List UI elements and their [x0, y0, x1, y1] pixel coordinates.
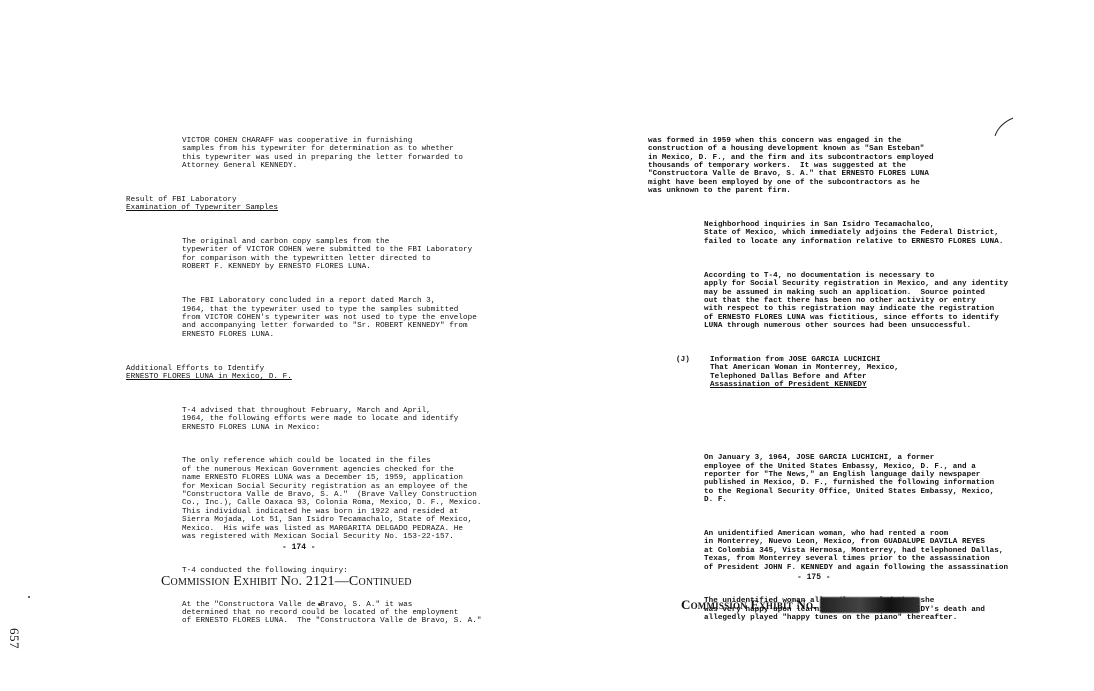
paragraph-unidentified-woman: An unidentified American woman, who had … [648, 530, 1048, 572]
volume-page-number: 657 [6, 628, 22, 649]
smudged-caption-text: 2121—Continued [820, 597, 920, 613]
section-j-heading: (J)Information from JOSE GARCIA LUCHICHI… [648, 356, 1048, 390]
exhibit-caption: Commission Exhibit No. 2121—Continued [161, 574, 412, 590]
paragraph-lab-conclusion: The FBI Laboratory concluded in a report… [126, 297, 506, 339]
section-title: Information from JOSE GARCIA LUCHICHI Th… [710, 356, 899, 390]
heading-fbi-lab-result: Result of FBI Laboratory Examination of … [126, 196, 506, 213]
paragraph-luchichi-report: On January 3, 1964, JOSE GARCIA LUCHICHI… [648, 454, 1048, 504]
heading-line-1: Additional Efforts to Identify [126, 365, 264, 373]
printer-mark [28, 596, 30, 598]
right-page: was formed in 1959 when this concern was… [547, 0, 1094, 691]
paragraph-constructora: At the "Constructora Valle de Bravo, S. … [126, 601, 506, 626]
heading-line-2: Examination of Typewriter Samples [126, 204, 278, 212]
handwritten-check-mark-icon [993, 116, 1015, 138]
heading-line-2: ERNESTO FLORES LUNA in Mexico, D. F. [126, 373, 292, 381]
heading-line-1: Result of FBI Laboratory [126, 196, 237, 204]
paragraph-neighborhood-inquiries: Neighborhood inquiries in San Isidro Tec… [648, 221, 1048, 246]
left-page-body: VICTOR COHEN CHARAFF was cooperative in … [126, 120, 506, 651]
printer-mark [318, 603, 321, 606]
left-page: VICTOR COHEN CHARAFF was cooperative in … [0, 0, 547, 691]
exhibit-caption: Commission Exhibit No. 2121—Continued [681, 597, 920, 613]
right-page-body: was formed in 1959 when this concern was… [648, 120, 1048, 648]
paragraph-t4-advised: T-4 advised that throughout February, Ma… [126, 407, 506, 432]
paragraph-samples-submitted: The original and carbon copy samples fro… [126, 238, 506, 272]
section-marker: (J) [648, 356, 710, 364]
page-number: - 175 - [797, 573, 831, 582]
paragraph-firm-formed: was formed in 1959 when this concern was… [648, 137, 1048, 196]
heading-additional-efforts: Additional Efforts to Identify ERNESTO F… [126, 365, 506, 382]
paragraph-only-reference: The only reference which could be locate… [126, 457, 506, 541]
paragraph-no-documentation: According to T-4, no documentation is ne… [648, 272, 1048, 331]
page-number: - 174 - [282, 543, 316, 552]
paragraph-charaff-cooperation: VICTOR COHEN CHARAFF was cooperative in … [126, 137, 506, 171]
